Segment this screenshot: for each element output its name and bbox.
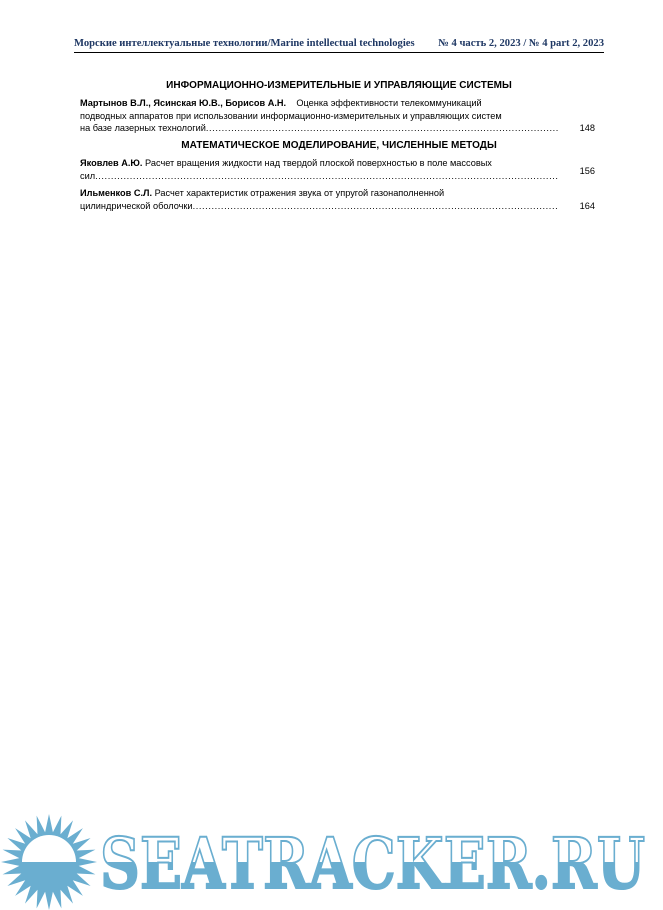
seatracker-watermark: SEATRACKER.RU SEATRACKER.RU <box>0 810 663 910</box>
section-heading-math-modeling: МАТЕМАТИЧЕСКОЕ МОДЕЛИРОВАНИЕ, ЧИСЛЕННЫЕ … <box>74 140 604 151</box>
toc-entry[interactable]: Мартынов В.Л., Ясинская Ю.В., Борисов А.… <box>80 97 595 135</box>
leader-dots: ........................................… <box>193 200 558 213</box>
entry-title-line: сил <box>80 170 95 183</box>
entry-title-line: подводных аппаратов при использовании ин… <box>80 110 558 123</box>
toc-entry[interactable]: Ильменков С.Л. Расчет характеристик отра… <box>80 187 595 212</box>
journal-title: Морские интеллектуальные технологии/Mari… <box>74 38 415 49</box>
issue-number: № 4 часть 2, 2023 / № 4 part 2, 2023 <box>438 38 604 49</box>
entry-page-number: 164 <box>580 200 595 213</box>
watermark-text: SEATRACKER.RU SEATRACKER.RU <box>100 822 645 905</box>
entry-page-number: 156 <box>580 165 595 178</box>
leader-dots: ........................................… <box>206 122 558 135</box>
section-heading-info-systems: ИНФОРМАЦИОННО-ИЗМЕРИТЕЛЬНЫЕ И УПРАВЛЯЮЩИ… <box>74 80 604 91</box>
entry-authors: Яковлев А.Ю. <box>80 158 142 168</box>
entry-title-line: Расчет характеристик отражения звука от … <box>155 188 445 198</box>
sun-logo-icon <box>1 814 97 910</box>
entry-title-line: цилиндрической оболочки <box>80 200 193 213</box>
entry-title-line: на базе лазерных технологий <box>80 122 206 135</box>
toc-entry[interactable]: Яковлев А.Ю. Расчет вращения жидкости на… <box>80 157 595 182</box>
running-header: Морские интеллектуальные технологии/Mari… <box>74 38 604 53</box>
entry-title-line: Оценка эффективности телекоммуникаций <box>296 98 481 108</box>
entry-title-line: Расчет вращения жидкости над твердой пло… <box>145 158 492 168</box>
entry-authors: Мартынов В.Л., Ясинская Ю.В., Борисов А.… <box>80 98 286 108</box>
entry-authors: Ильменков С.Л. <box>80 188 152 198</box>
entry-page-number: 148 <box>580 122 595 135</box>
leader-dots: ........................................… <box>95 170 558 183</box>
